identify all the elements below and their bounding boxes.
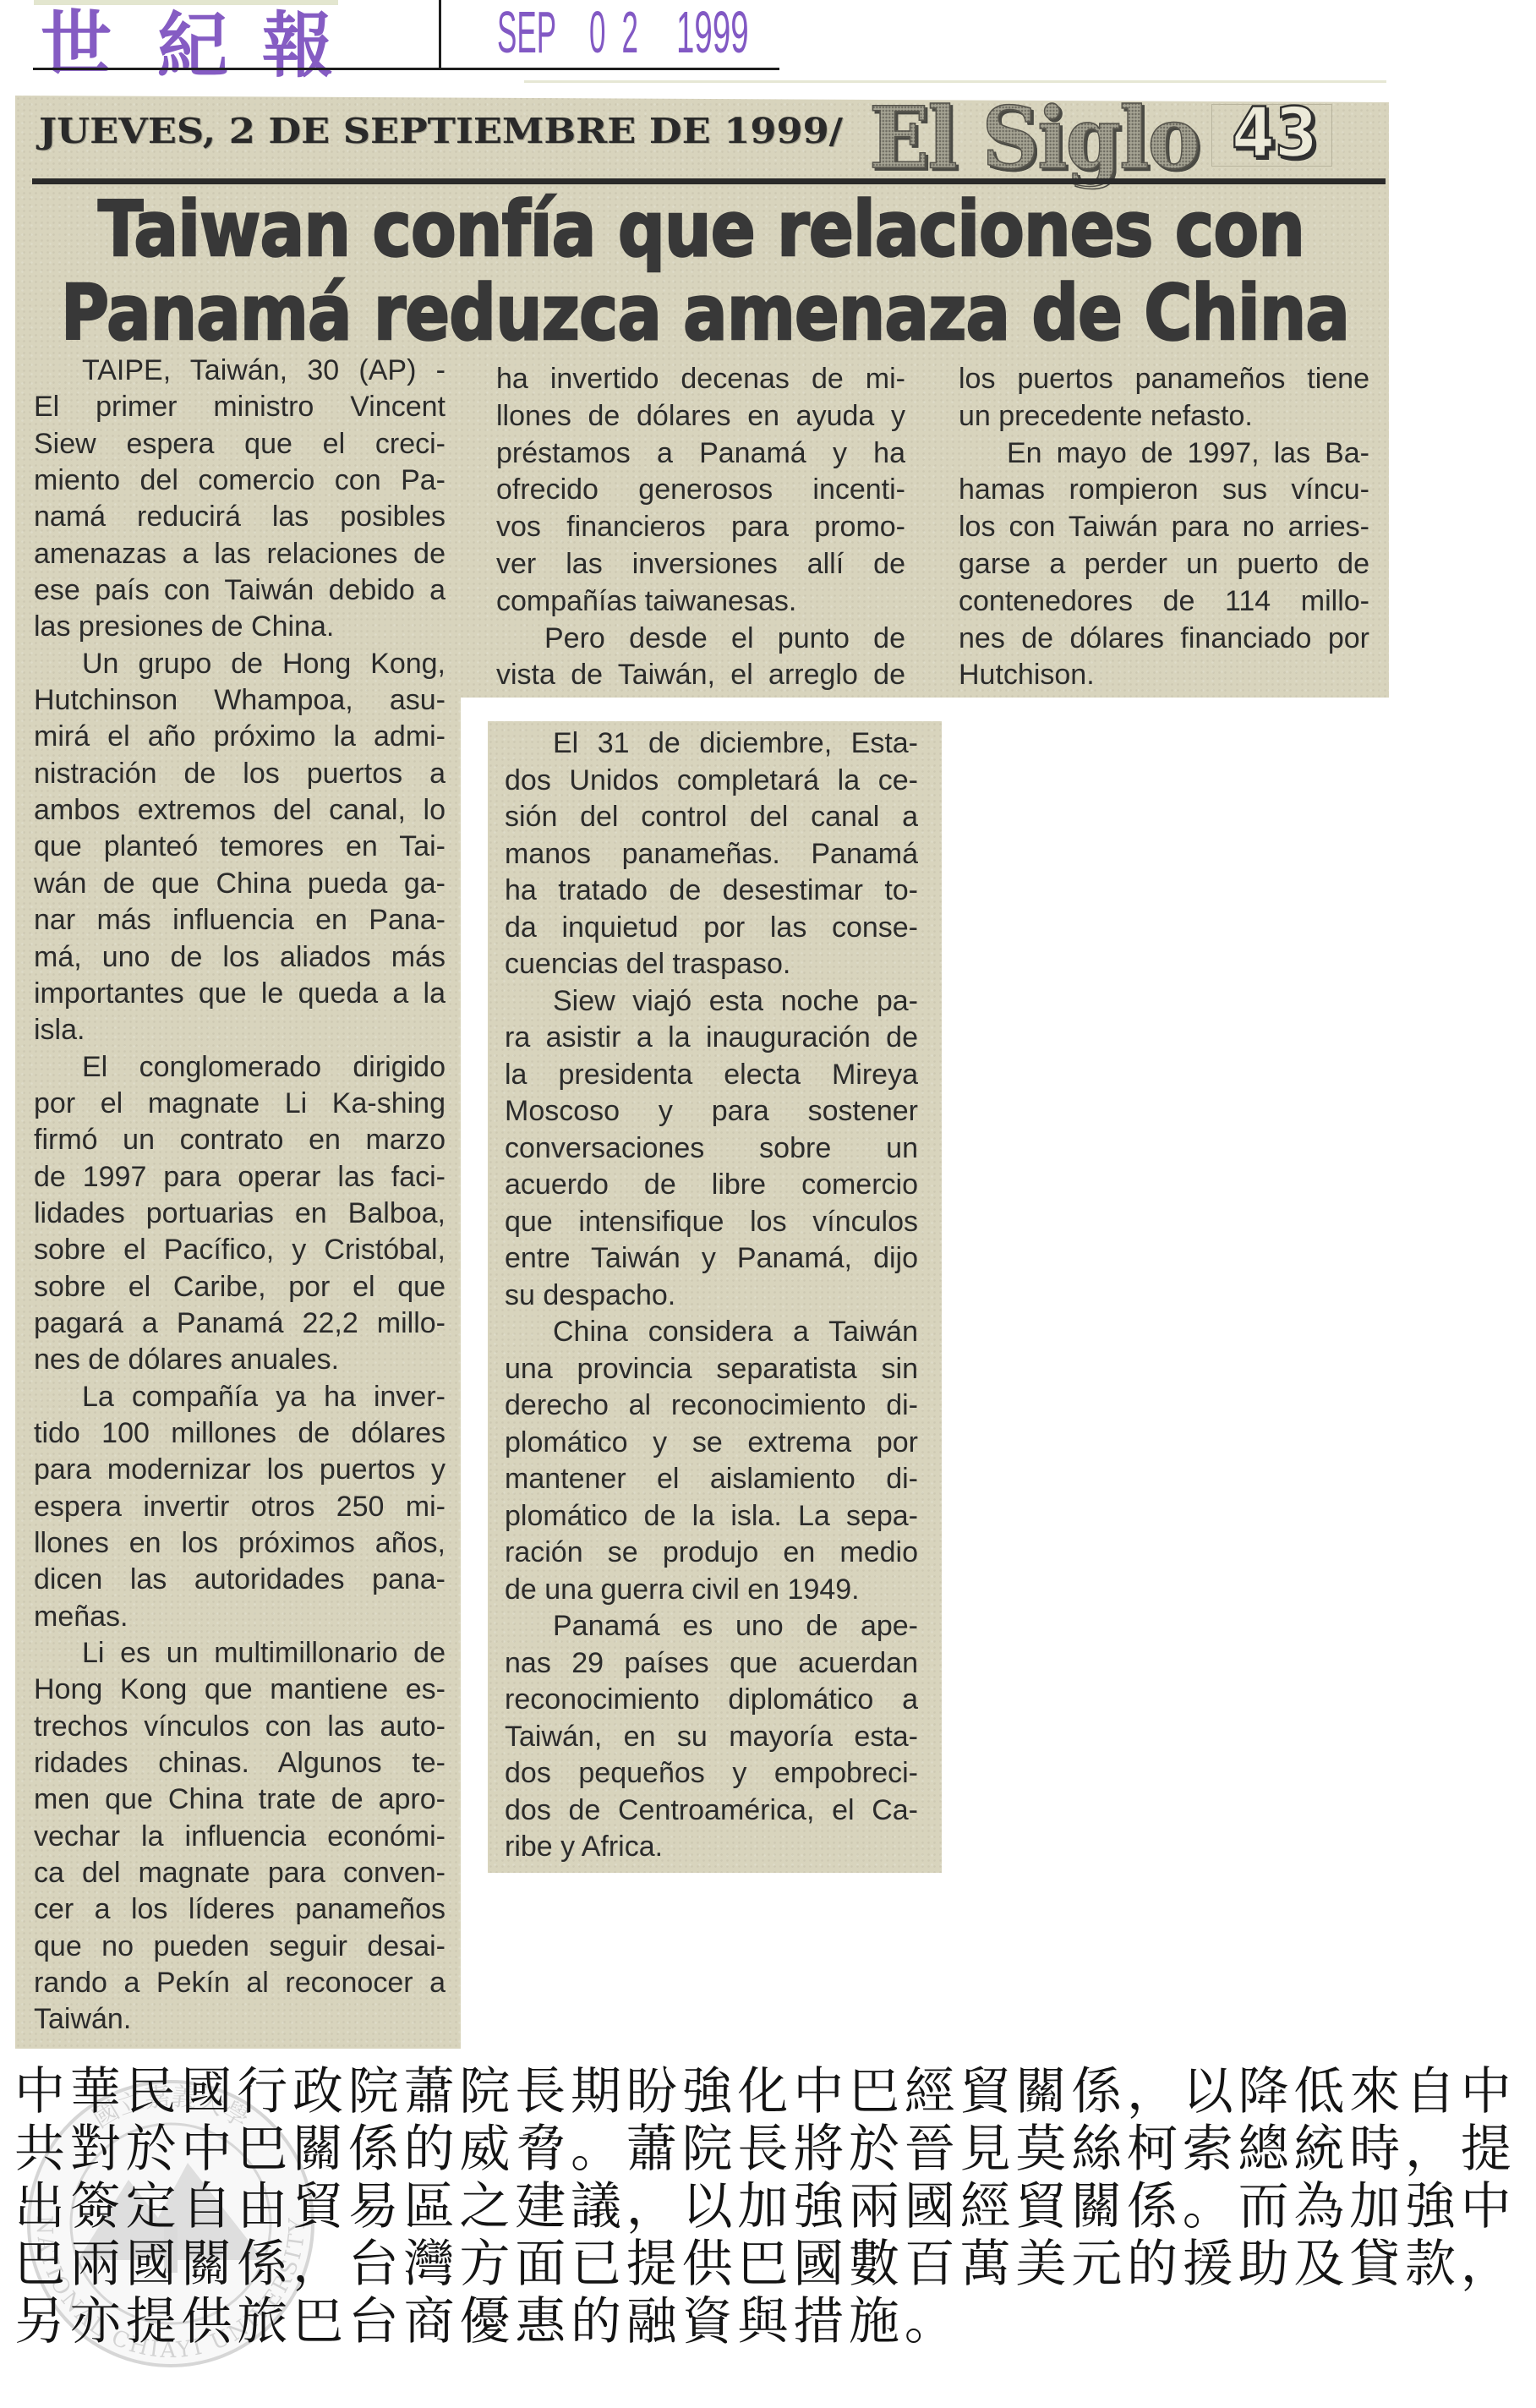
masthead-text: El Siglo (869, 96, 1199, 180)
stamp-date-year: 1999 (676, 3, 749, 62)
text-line: conversaciones sobre un (505, 1130, 918, 1168)
text-line: ese país con Taiwán debido a (34, 572, 445, 609)
text-line: cer a los líderes panameños (34, 1891, 445, 1928)
text-line: vos financieros para promo- (496, 509, 905, 546)
text-line: ver las inversiones allí de (496, 546, 905, 583)
summary-line: 另亦提供旅巴台商優惠的融資與措施。 (14, 2293, 1536, 2351)
chinese-summary: 中華民國行政院蕭院長期盼強化中巴經貿關係，以降低來自中 共對於中巴關係的威脅。蕭… (14, 2063, 1536, 2351)
text-line: compañías taiwanesas. (496, 583, 905, 621)
text-line: Moscoso y para sostener (505, 1093, 918, 1130)
text-line: por el magnate Li Ka-shing (34, 1086, 445, 1122)
dateline: JUEVES, 2 DE SEPTIEMBRE DE 1999/ (39, 114, 843, 149)
text-line: la presidenta electa Mireya (505, 1057, 918, 1094)
text-line: ha invertido decenas de mi- (496, 361, 905, 398)
text-line: Pero desde el punto de (496, 621, 905, 658)
text-line: men que China trate de apro- (34, 1781, 445, 1818)
text-line: espera invertir otros 250 mi- (34, 1489, 445, 1525)
text-line: ca del magnate para conven- (34, 1855, 445, 1891)
text-line: pagará a Panamá 22,2 millo- (34, 1305, 445, 1342)
text-line: reconocimiento diplomático a (505, 1682, 918, 1719)
text-line: La compañía ya ha inver- (34, 1379, 445, 1415)
text-line: nistración de los puertos a (34, 756, 445, 792)
text-line: dicen las autoridades pana- (34, 1562, 445, 1598)
text-line: mantener el aislamiento di- (505, 1461, 918, 1498)
text-line: dos de Centroamérica, el Ca- (505, 1792, 918, 1830)
headline-line-2: Panamá reduzca amenaza de China (61, 276, 1349, 352)
summary-line: 巴兩國關係，台灣方面已提供巴國數百萬美元的援助及貸款， (14, 2236, 1536, 2293)
text-line: nes de dólares financiado por (959, 621, 1369, 658)
text-line: importantes que le queda a la (34, 976, 445, 1012)
text-line: China considera a Taiwán (505, 1314, 918, 1351)
text-line: El 31 de diciembre, Esta- (505, 725, 918, 763)
text-line: ridades chinas. Algunos te- (34, 1745, 445, 1781)
text-line: derecho al reconocimiento di- (505, 1387, 918, 1425)
text-line: meñas. (34, 1599, 445, 1635)
text-line: nas 29 países que acuerdan (505, 1645, 918, 1683)
text-line: Siew viajó esta noche pa- (505, 983, 918, 1021)
text-line: para modernizar los puertos y (34, 1452, 445, 1488)
text-line: Siew espera que el creci- (34, 426, 445, 462)
text-line: miento del comercio con Pa- (34, 462, 445, 499)
article-column-3-top: los puertos panameños tieneun precedente… (959, 361, 1369, 694)
text-line: las presiones de China. (34, 609, 445, 645)
text-line: ambos extremos del canal, lo (34, 792, 445, 829)
text-line: préstamos a Panamá y ha (496, 435, 905, 473)
text-line: Taiwán. (34, 2001, 445, 2038)
stamp-publication-char: 報 (262, 10, 333, 81)
text-line: contenedores de 114 millo- (959, 583, 1369, 621)
header-rule (32, 178, 1386, 184)
text-line: los con Taiwán para no arries- (959, 509, 1369, 546)
text-line: trechos vínculos con las auto- (34, 1709, 445, 1745)
text-line: Hutchinson Whampoa, asu- (34, 682, 445, 719)
text-line: wán de que China pueda ga- (34, 866, 445, 902)
text-line: plomático y se extrema por (505, 1425, 918, 1462)
summary-line: 出簽定自由貿易區之建議，以加強兩國經貿關係。而為加強中 (14, 2178, 1536, 2236)
text-line: ofrecido generosos incenti- (496, 472, 905, 509)
text-line: amenazas a las relaciones de (34, 536, 445, 572)
text-line: ha tratado de desestimar to- (505, 873, 918, 910)
scan-paper-edge-line (524, 80, 1386, 83)
masthead-logo: El Siglo (869, 96, 1222, 180)
text-line: Hong Kong que mantiene es- (34, 1672, 445, 1708)
text-line: dos pequeños y empobreci- (505, 1755, 918, 1792)
text-line: El primer ministro Vincent (34, 389, 445, 425)
text-line: má, uno de los aliados más (34, 939, 445, 976)
text-line: ración se produjo en medio (505, 1535, 918, 1572)
text-line: Hutchison. (959, 657, 1369, 694)
text-line: En mayo de 1997, las Ba- (959, 435, 1369, 473)
text-line: lidades portuarias en Balboa, (34, 1196, 445, 1232)
text-line: llones de dólares en ayuda y (496, 398, 905, 435)
text-line: de 1997 para operar las faci- (34, 1159, 445, 1196)
stamp-publication-char: 紀 (157, 10, 228, 81)
stamp-baseline-rule (33, 68, 779, 70)
text-line: rando a Pekín al reconocer a (34, 1965, 445, 2001)
text-line: tido 100 millones de dólares (34, 1415, 445, 1452)
article-column-2-top: ha invertido decenas de mi-llones de dól… (496, 361, 905, 694)
text-line: ribe y Africa. (505, 1829, 918, 1866)
page-number-text: 43 (1232, 100, 1318, 168)
text-line: sobre el Pacífico, y Cristóbal, (34, 1232, 445, 1268)
text-line: que planteó temores en Tai- (34, 829, 445, 865)
text-line: su despacho. (505, 1278, 918, 1315)
headline-line-1: Taiwan confía que relaciones con (98, 192, 1304, 268)
stamp-divider-vertical (439, 0, 441, 70)
stamp-date-day: 02 (589, 3, 654, 62)
text-line: llones en los próximos años, (34, 1525, 445, 1562)
text-line: entre Taiwán y Panamá, dijo (505, 1240, 918, 1278)
text-line: hamas rompieron sus víncu- (959, 472, 1369, 509)
summary-line: 中華民國行政院蕭院長期盼強化中巴經貿關係，以降低來自中 (14, 2063, 1536, 2121)
stamp-date-month: SEP (497, 3, 556, 62)
text-line: TAIPE, Taiwán, 30 (AP) - (34, 353, 445, 389)
text-line: plomático de la isla. La sepa- (505, 1498, 918, 1535)
article-column-2-bottom: El 31 de diciembre, Esta-dos Unidos comp… (505, 725, 918, 1866)
text-line: firmó un contrato en marzo (34, 1122, 445, 1158)
text-line: de una guerra civil en 1949. (505, 1572, 918, 1609)
text-line: sobre el Caribe, por el que (34, 1269, 445, 1305)
summary-line: 共對於中巴關係的威脅。蕭院長將於晉見莫絲柯索總統時，提 (14, 2121, 1536, 2178)
text-line: que intensifique los vínculos (505, 1204, 918, 1241)
text-line: mirá el año próximo la admi- (34, 719, 445, 755)
text-line: sión del control del canal a (505, 799, 918, 836)
text-line: un precedente nefasto. (959, 398, 1369, 435)
text-line: Taiwán, en su mayoría esta- (505, 1719, 918, 1756)
text-line: da inquietud por las conse- (505, 910, 918, 947)
text-line: namá reducirá las posibles (34, 499, 445, 535)
text-line: manos panameñas. Panamá (505, 836, 918, 873)
text-line: ra asistir a la inauguración de (505, 1020, 918, 1057)
text-line: nar más influencia en Pana- (34, 902, 445, 939)
text-line: isla. (34, 1012, 445, 1048)
article-column-1: TAIPE, Taiwán, 30 (AP) -El primer minist… (34, 353, 445, 2039)
text-line: Un grupo de Hong Kong, (34, 646, 445, 682)
page-number: 43 (1232, 100, 1327, 168)
text-line: Panamá es uno de ape- (505, 1608, 918, 1645)
text-line: los puertos panameños tiene (959, 361, 1369, 398)
text-line: El conglomerado dirigido (34, 1049, 445, 1086)
text-line: acuerdo de libre comercio (505, 1167, 918, 1204)
text-line: que no pueden seguir desai- (34, 1929, 445, 1965)
text-line: vista de Taiwán, el arreglo de (496, 657, 905, 694)
text-line: nes de dólares anuales. (34, 1342, 445, 1378)
text-line: garse a perder un puerto de (959, 546, 1369, 583)
text-line: una provincia separatista sin (505, 1351, 918, 1388)
text-line: cuencias del traspaso. (505, 946, 918, 983)
text-line: vechar la influencia económi- (34, 1819, 445, 1855)
text-line: Li es un multimillonario de (34, 1635, 445, 1672)
text-line: dos Unidos completará la ce- (505, 763, 918, 800)
